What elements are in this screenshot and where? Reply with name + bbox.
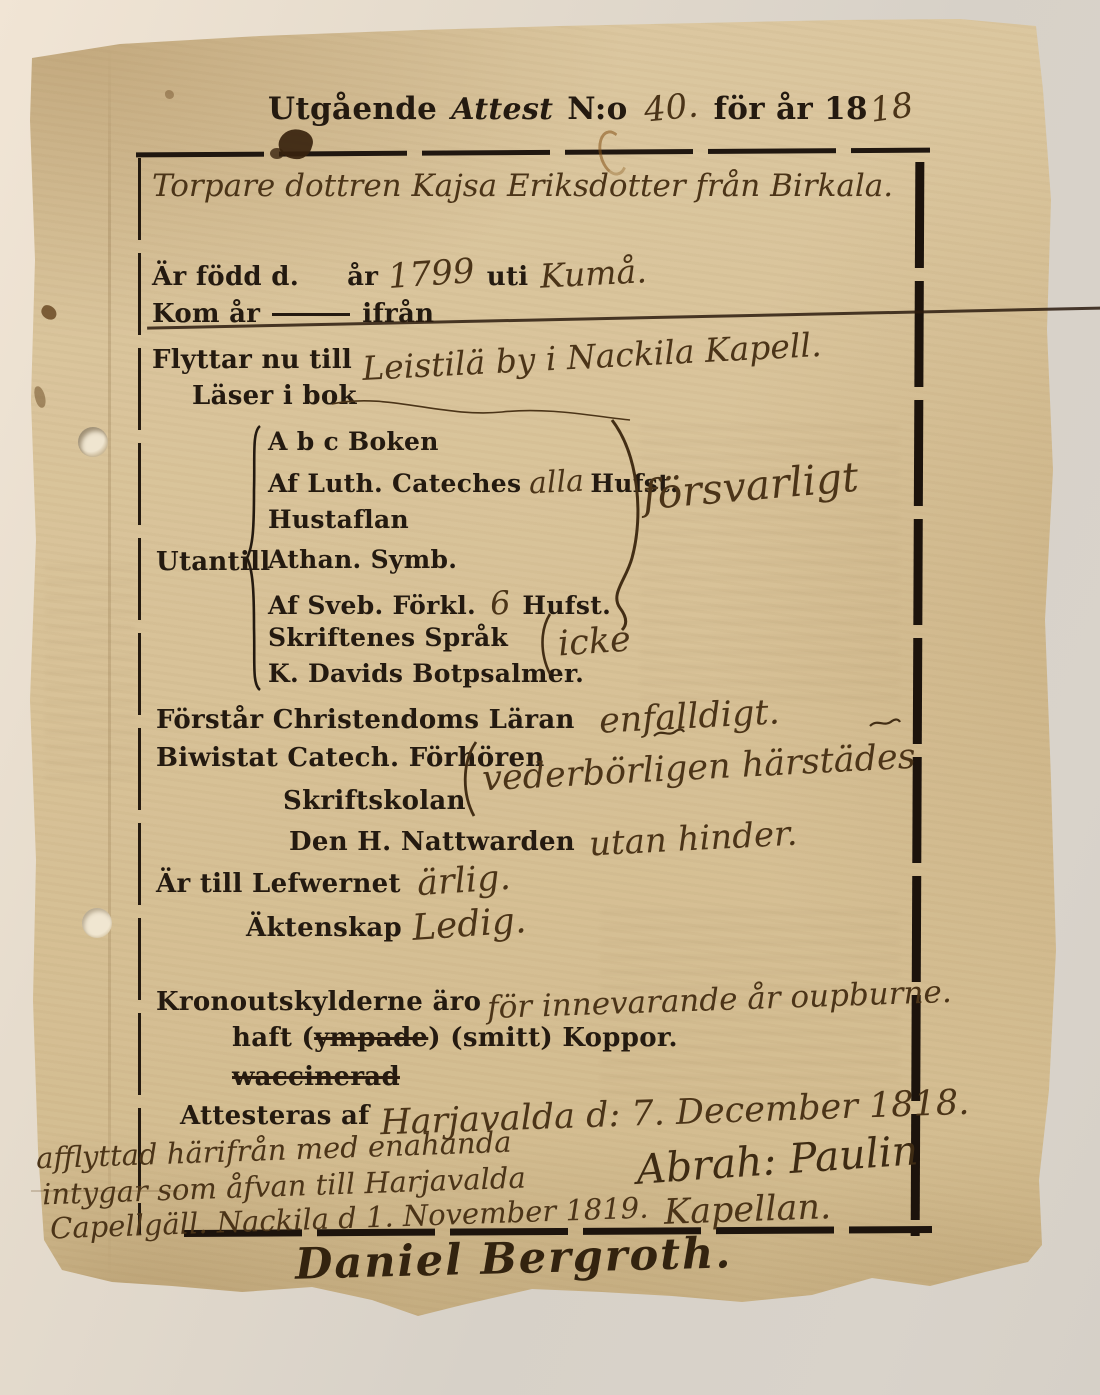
field-krono: Kronoutskylderne äro för innevarande år … bbox=[156, 982, 952, 1018]
aktenskap-value: Ledig. bbox=[411, 900, 528, 949]
person-value: Torpare dottren Kajsa Eriksdotter från B… bbox=[152, 168, 893, 204]
kom-label: Kom år bbox=[152, 299, 260, 329]
book-row: Skriftenes Språk bbox=[268, 623, 508, 652]
book-row: Af Sveb. Förkl. 6 Hufst. bbox=[268, 584, 611, 622]
aktenskap-label: Äktenskap bbox=[246, 913, 402, 943]
title-for-ar: för år 18 bbox=[714, 91, 868, 127]
printed-rule bbox=[272, 313, 350, 316]
field-aktenskap: Äktenskap Ledig. bbox=[246, 904, 526, 945]
handwritten-brace bbox=[598, 418, 654, 632]
book-athan: Athan. Symb. bbox=[268, 545, 457, 574]
utantill-grade-value: försvarligt bbox=[640, 453, 860, 520]
botpsalmer-grade-row: icke bbox=[558, 622, 631, 662]
attest-label: Attesteras af bbox=[180, 1101, 370, 1131]
field-koppor: haft ( ympade ) (smitt) Koppor. bbox=[232, 1023, 678, 1053]
book-row: Athan. Symb. bbox=[268, 545, 457, 574]
title-utgaende: Utgående bbox=[268, 91, 437, 127]
biwistat-value-row: vederbörligen härstädes bbox=[482, 748, 916, 788]
book-hustaflan: Hustaflan bbox=[268, 505, 409, 534]
book-row: Hustaflan bbox=[268, 505, 409, 534]
forstar-value: enfalldigt. bbox=[598, 692, 781, 741]
signature-title-row: Kapellan. bbox=[664, 1190, 831, 1230]
book-abc: A b c Boken bbox=[268, 427, 439, 456]
ink-mark bbox=[165, 90, 174, 99]
field-flyttar: Flyttar nu till Leistilä by i Nackila Ka… bbox=[152, 337, 822, 376]
form-border-left bbox=[138, 158, 141, 1234]
krono-label: Kronoutskylderne äro bbox=[156, 987, 481, 1017]
field-attest: Attesteras af Harjavalda d: 7. December … bbox=[180, 1093, 969, 1133]
scanned-document: Utgående Attest N:o 40. för år 18 18 Tor… bbox=[0, 0, 1100, 1395]
title-year-handwritten: 18 bbox=[867, 85, 915, 131]
field-person: Torpare dottren Kajsa Eriksdotter från B… bbox=[152, 168, 893, 204]
nattward-value: utan hinder. bbox=[588, 814, 798, 865]
pen-flourish-line bbox=[332, 390, 632, 426]
field-kom-struck: Kom år ifrån bbox=[152, 299, 1100, 329]
pen-flourish-tilde bbox=[652, 726, 686, 740]
forstar-label: Förstår Christendoms Läran bbox=[156, 705, 575, 735]
punch-hole bbox=[78, 427, 108, 457]
born-label: Är född d. bbox=[152, 262, 299, 292]
koppor-pre-label: haft ( bbox=[232, 1023, 314, 1053]
born-year-value: 1799 bbox=[387, 251, 476, 297]
margin-note-line: afflyttad härifrån med enahanda bbox=[36, 1133, 512, 1167]
document-title: Utgående Attest N:o 40. för år 18 18 bbox=[268, 88, 913, 128]
lefwernet-value: ärlig. bbox=[416, 858, 512, 904]
signature-title: Kapellan. bbox=[663, 1187, 831, 1233]
field-lefwernet: Är till Lefwernet ärlig. bbox=[156, 861, 510, 901]
bottom-signature-row: Daniel Bergroth. bbox=[295, 1234, 732, 1284]
signature-name-row: Abrah: Paulin bbox=[636, 1136, 918, 1184]
lefwernet-label: Är till Lefwernet bbox=[156, 869, 401, 899]
botpsalmer-grade-value: icke bbox=[557, 620, 632, 665]
koppor-ympade-struck: ympade bbox=[314, 1023, 428, 1053]
skriftskolan-label: Skriftskolan bbox=[283, 786, 466, 816]
forkl-fill-value: 6 bbox=[488, 583, 512, 623]
cateches-fill-value: alla bbox=[528, 464, 585, 502]
handwritten-tick bbox=[536, 612, 556, 676]
title-no-label: N:o bbox=[567, 91, 627, 127]
margin-note-line: Capellgäll. Nackila d 1. November 1819. bbox=[50, 1201, 649, 1235]
printed-brace bbox=[244, 424, 264, 692]
born-ar-label: år bbox=[347, 262, 378, 292]
field-born: Är född d. år 1799 uti Kumå. bbox=[152, 254, 647, 294]
born-place-value: Kumå. bbox=[540, 251, 649, 296]
born-uti-label: uti bbox=[487, 262, 529, 292]
bottom-signature: Daniel Bergroth. bbox=[294, 1228, 732, 1289]
field-skriftskolan: Skriftskolan bbox=[283, 786, 466, 816]
ink-bleedthrough bbox=[45, 560, 135, 780]
flyttar-label: Flyttar nu till bbox=[152, 345, 352, 375]
utantill-grade-row: försvarligt bbox=[642, 462, 859, 510]
signature-name: Abrah: Paulin bbox=[635, 1126, 920, 1194]
waccinerad-struck: waccinerad bbox=[232, 1062, 400, 1092]
field-waccinerad: waccinerad bbox=[232, 1062, 400, 1092]
field-nattward: Den H. Nattwarden utan hinder. bbox=[289, 819, 797, 859]
koppor-post-label: ) (smitt) Koppor. bbox=[428, 1023, 678, 1053]
book-skriftenes: Skriftenes Språk bbox=[268, 623, 508, 652]
book-cateches: Af Luth. Cateches bbox=[268, 469, 521, 498]
kom-ifran-label: ifrån bbox=[362, 299, 434, 329]
book-forkl: Af Sveb. Förkl. bbox=[268, 591, 476, 620]
book-row: A b c Boken bbox=[268, 427, 439, 456]
title-attest: Attest bbox=[451, 92, 553, 127]
nattward-label: Den H. Nattwarden bbox=[289, 827, 575, 857]
pen-flourish-tilde bbox=[868, 716, 902, 730]
punch-hole bbox=[82, 908, 112, 938]
title-number-handwritten: 40. bbox=[642, 85, 700, 130]
ink-blot bbox=[270, 148, 284, 159]
